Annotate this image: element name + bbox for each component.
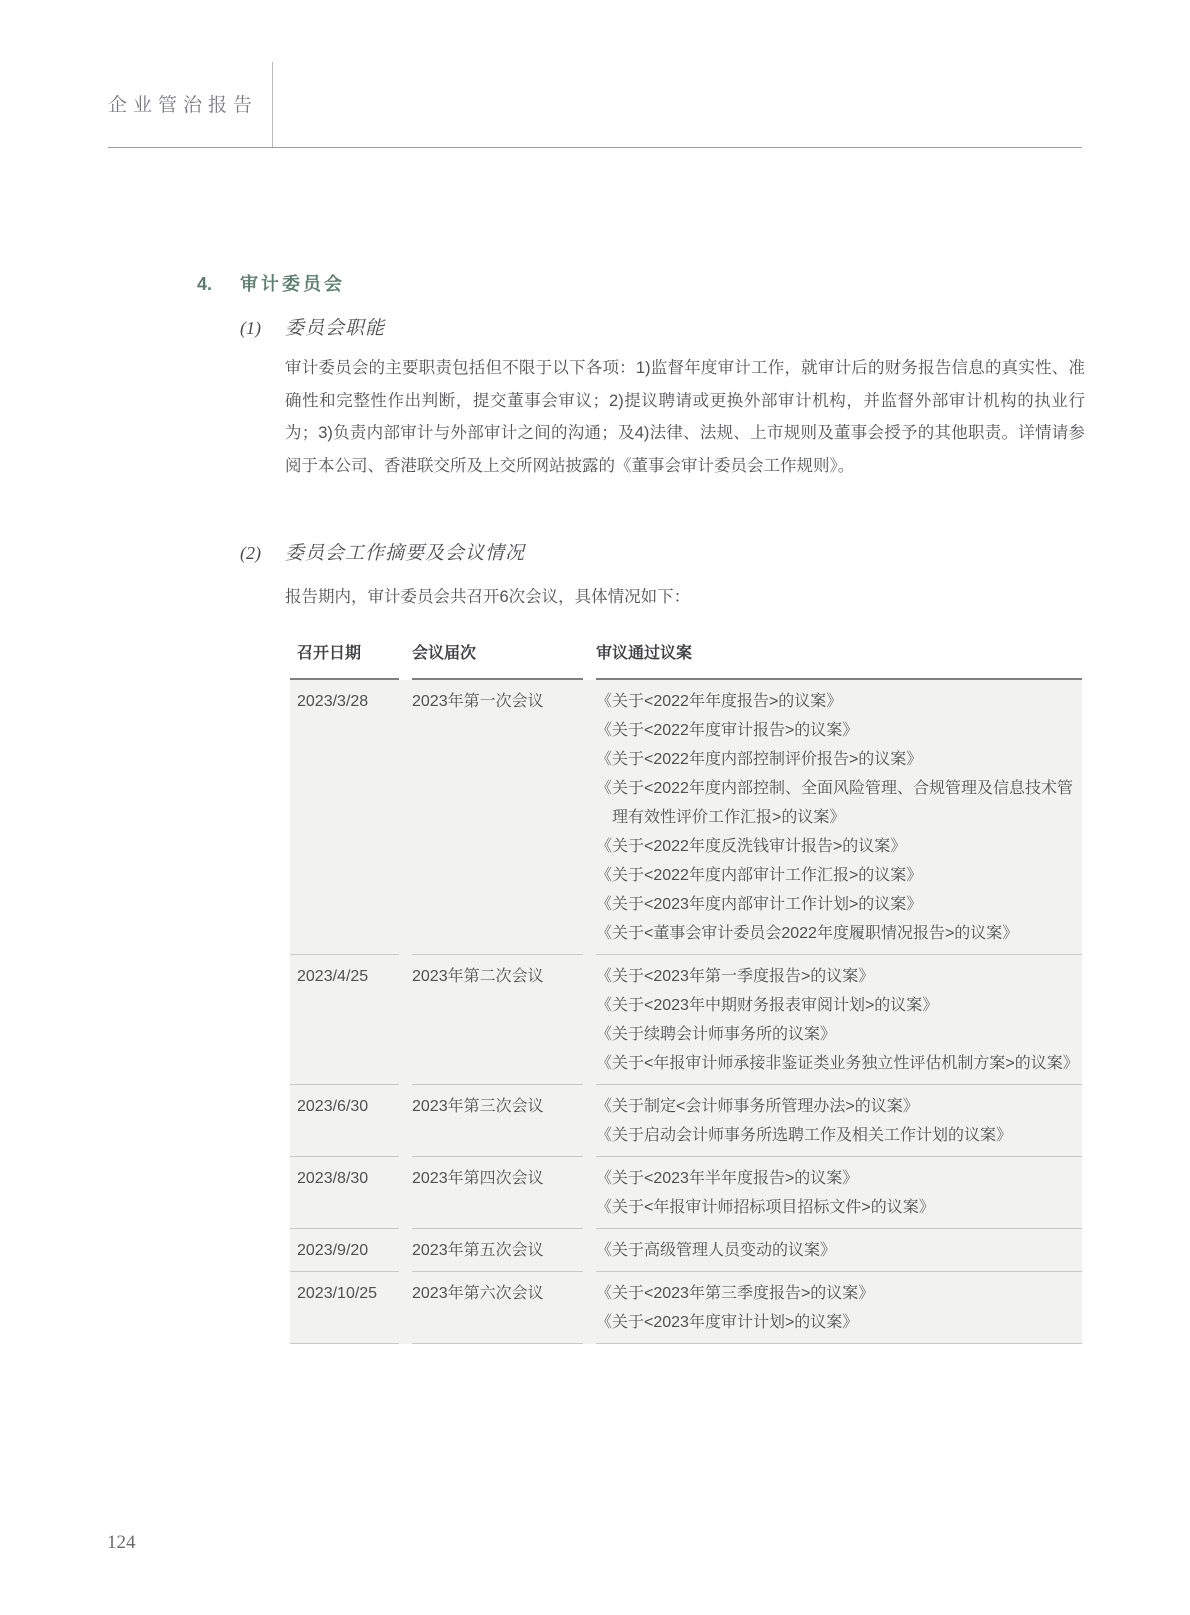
resolution-item: 《关于<年报审计师招标项目招标文件>的议案》 xyxy=(596,1193,1082,1222)
resolution-item: 《关于<2023年第一季度报告>的议案》 xyxy=(596,962,1082,991)
section-number: 4. xyxy=(197,274,240,295)
meeting-table-body: 2023/3/28 2023年第一次会议 《关于<2022年年度报告>的议案》 … xyxy=(290,680,1082,1344)
meeting-session-cell: 2023年第一次会议 xyxy=(412,680,583,955)
meeting-session-cell: 2023年第五次会议 xyxy=(412,1229,583,1272)
resolution-item: 《关于<2022年度审计报告>的议案》 xyxy=(596,716,1082,745)
subsection-2-heading: (2)委员会工作摘要及会议情况 xyxy=(240,538,525,565)
meeting-date-cell: 2023/4/25 xyxy=(290,955,399,1085)
resolution-item: 《关于<董事会审计委员会2022年度履职情况报告>的议案》 xyxy=(596,919,1082,948)
document-page: 企业管治报告 4.审计委员会 (1)委员会职能 审计委员会的主要职责包括但不限于… xyxy=(0,0,1190,1615)
meeting-date-cell: 2023/10/25 xyxy=(290,1272,399,1344)
meeting-resolutions-cell: 《关于<2023年半年度报告>的议案》 《关于<年报审计师招标项目招标文件>的议… xyxy=(596,1157,1082,1229)
meeting-resolutions-cell: 《关于<2022年年度报告>的议案》 《关于<2022年度审计报告>的议案》 《… xyxy=(596,680,1082,955)
table-row: 2023/10/25 2023年第六次会议 《关于<2023年第三季度报告>的议… xyxy=(290,1272,1082,1344)
resolution-item: 《关于<2023年度审计计划>的议案》 xyxy=(596,1308,1082,1337)
resolution-item: 《关于<2022年度内部控制、全面风险管理、合规管理及信息技术管理有效性评价工作… xyxy=(596,774,1082,832)
subsection-2-title: 委员会工作摘要及会议情况 xyxy=(285,543,525,564)
resolution-item: 《关于<2022年年度报告>的议案》 xyxy=(596,687,1082,716)
meeting-session-cell: 2023年第四次会议 xyxy=(412,1157,583,1229)
report-header-title: 企业管治报告 xyxy=(108,90,258,117)
table-row: 2023/6/30 2023年第三次会议 《关于制定<会计师事务所管理办法>的议… xyxy=(290,1085,1082,1157)
resolution-item: 《关于<2023年中期财务报表审阅计划>的议案》 xyxy=(596,991,1082,1020)
meeting-table-header: 召开日期 会议届次 审议通过议案 xyxy=(290,630,1082,680)
subsection-1-label: (1) xyxy=(240,318,285,339)
section-heading: 4.审计委员会 xyxy=(197,270,345,296)
resolution-item: 《关于续聘会计师事务所的议案》 xyxy=(596,1020,1082,1049)
meeting-table: 召开日期 会议届次 审议通过议案 2023/3/28 2023年第一次会议 《关… xyxy=(290,630,1082,1344)
column-header-session: 会议届次 xyxy=(412,630,583,680)
resolution-item: 《关于<年报审计师承接非鉴证类业务独立性评估机制方案>的议案》 xyxy=(596,1049,1082,1078)
table-row: 2023/4/25 2023年第二次会议 《关于<2023年第一季度报告>的议案… xyxy=(290,955,1082,1085)
resolution-item: 《关于<2023年半年度报告>的议案》 xyxy=(596,1164,1082,1193)
resolution-item: 《关于制定<会计师事务所管理办法>的议案》 xyxy=(596,1092,1082,1121)
meeting-table-intro: 报告期内，审计委员会共召开6次会议，具体情况如下： xyxy=(285,583,690,607)
table-row: 2023/3/28 2023年第一次会议 《关于<2022年年度报告>的议案》 … xyxy=(290,680,1082,955)
meeting-resolutions-cell: 《关于<2023年第一季度报告>的议案》 《关于<2023年中期财务报表审阅计划… xyxy=(596,955,1082,1085)
resolution-item: 《关于<2022年度反洗钱审计报告>的议案》 xyxy=(596,832,1082,861)
column-header-date: 召开日期 xyxy=(290,630,399,680)
column-header-resolutions: 审议通过议案 xyxy=(596,630,1082,680)
meeting-session-cell: 2023年第二次会议 xyxy=(412,955,583,1085)
header-horizontal-rule xyxy=(108,147,1082,148)
resolution-item: 《关于<2023年度内部审计工作计划>的议案》 xyxy=(596,890,1082,919)
subsection-1-heading: (1)委员会职能 xyxy=(240,313,385,340)
meeting-resolutions-cell: 《关于<2023年第三季度报告>的议案》 《关于<2023年度审计计划>的议案》 xyxy=(596,1272,1082,1344)
meeting-date-cell: 2023/3/28 xyxy=(290,680,399,955)
section-title: 审计委员会 xyxy=(240,274,345,294)
resolution-item: 《关于高级管理人员变动的议案》 xyxy=(596,1236,1082,1265)
meeting-resolutions-cell: 《关于高级管理人员变动的议案》 xyxy=(596,1229,1082,1272)
page-number: 124 xyxy=(107,1532,136,1554)
resolution-item: 《关于<2022年度内部控制评价报告>的议案》 xyxy=(596,745,1082,774)
committee-functions-paragraph: 审计委员会的主要职责包括但不限于以下各项：1)监督年度审计工作，就审计后的财务报… xyxy=(285,352,1085,482)
resolution-item: 《关于<2022年度内部审计工作汇报>的议案》 xyxy=(596,861,1082,890)
table-row: 2023/9/20 2023年第五次会议 《关于高级管理人员变动的议案》 xyxy=(290,1229,1082,1272)
meeting-date-cell: 2023/8/30 xyxy=(290,1157,399,1229)
meeting-date-cell: 2023/6/30 xyxy=(290,1085,399,1157)
meeting-session-cell: 2023年第三次会议 xyxy=(412,1085,583,1157)
meeting-session-cell: 2023年第六次会议 xyxy=(412,1272,583,1344)
meeting-resolutions-cell: 《关于制定<会计师事务所管理办法>的议案》 《关于启动会计师事务所选聘工作及相关… xyxy=(596,1085,1082,1157)
meeting-date-cell: 2023/9/20 xyxy=(290,1229,399,1272)
subsection-1-title: 委员会职能 xyxy=(285,318,385,339)
subsection-2-label: (2) xyxy=(240,543,285,564)
header-vertical-divider xyxy=(272,62,273,147)
table-row: 2023/8/30 2023年第四次会议 《关于<2023年半年度报告>的议案》… xyxy=(290,1157,1082,1229)
resolution-item: 《关于启动会计师事务所选聘工作及相关工作计划的议案》 xyxy=(596,1121,1082,1150)
resolution-item: 《关于<2023年第三季度报告>的议案》 xyxy=(596,1279,1082,1308)
